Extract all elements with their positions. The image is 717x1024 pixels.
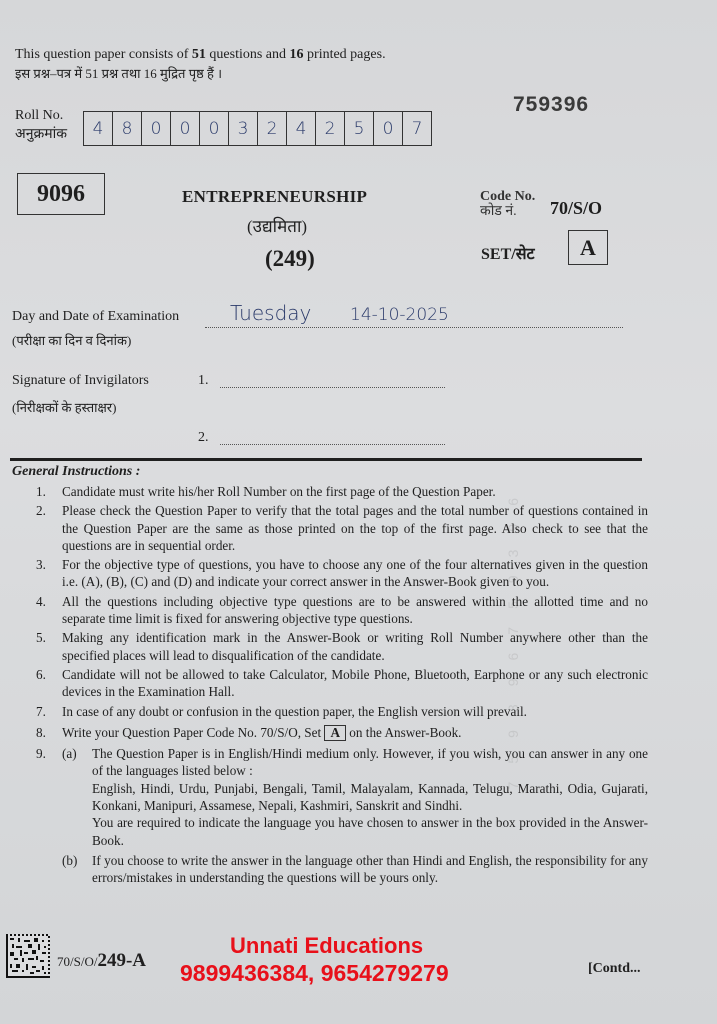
roll-digit[interactable]: 3	[229, 112, 258, 145]
roll-digit[interactable]: 8	[113, 112, 142, 145]
exam-date-label-hindi: (परीक्षा का दिन व दिनांक)	[12, 331, 131, 349]
watermark-phone-numbers: 9899436384, 9654279279	[180, 960, 449, 987]
questions-count: 51	[192, 47, 206, 62]
exam-day-value[interactable]: Tuesday	[230, 301, 311, 325]
instruction-item: 1.Candidate must write his/her Roll Numb…	[36, 483, 648, 500]
invigilator-slot-2-label: 2.	[198, 430, 209, 446]
exam-date-dotted-line	[205, 326, 623, 328]
instruction-item-8: 8. Write your Question Paper Code No. 70…	[36, 724, 648, 741]
roll-digit[interactable]: 5	[345, 112, 374, 145]
instruction-item: 3.For the objective type of questions, y…	[36, 556, 648, 591]
instruction-item: 4.All the questions including objective …	[36, 593, 648, 628]
paper-intro-hi: इस प्रश्न–पत्र में 51 प्रश्न तथा 16 मुद्…	[15, 64, 222, 82]
code-number-value: 70/S/O	[550, 198, 602, 219]
instruction-item: 6.Candidate will not be allowed to take …	[36, 666, 648, 701]
roll-digit[interactable]: 0	[142, 112, 171, 145]
paper-number-box: 9096	[17, 173, 105, 215]
instructions-list: 1.Candidate must write his/her Roll Numb…	[36, 483, 648, 889]
question-paper-page: 759396759396 This question paper consist…	[0, 0, 717, 1024]
roll-number-boxes: 4 8 0 0 0 3 2 4 2 5 0 7	[83, 111, 432, 146]
roll-digit[interactable]: 7	[403, 112, 431, 145]
instruction-item-9: 9. (a) The Question Paper is in English/…	[36, 745, 648, 886]
datamatrix-code-icon	[6, 934, 50, 978]
invigilator-signature-label-hindi: (निरीक्षकों के हस्ताक्षर)	[12, 398, 116, 416]
language-list: English, Hindi, Urdu, Punjabi, Bengali, …	[92, 780, 648, 815]
invigilator-signature-2-line[interactable]	[220, 443, 445, 445]
invigilator-slot-1-label: 1.	[198, 373, 209, 389]
roll-number-label: Roll No. अनुक्रमांक	[15, 106, 67, 144]
subject-title-hindi: (उद्यमिता)	[247, 214, 307, 237]
paper-intro-en: This question paper consists of 51 quest…	[15, 47, 386, 63]
paper-footer-code: 70/S/O/249-A	[57, 950, 146, 972]
set-inline-box: A	[324, 725, 346, 741]
roll-digit[interactable]: 2	[316, 112, 345, 145]
instruction-9a: (a) The Question Paper is in English/Hin…	[62, 745, 648, 849]
subject-title: ENTREPRENEURSHIP	[182, 187, 367, 207]
pages-count: 16	[290, 47, 304, 62]
roll-digit[interactable]: 0	[200, 112, 229, 145]
exam-date-label: Day and Date of Examination	[12, 309, 179, 325]
roll-digit[interactable]: 0	[374, 112, 403, 145]
section-divider	[10, 458, 642, 461]
roll-digit[interactable]: 2	[258, 112, 287, 145]
continued-label: [Contd...	[588, 961, 641, 977]
code-number-label: Code No. कोड नं.	[480, 189, 535, 219]
general-instructions-title: General Instructions :	[12, 464, 140, 480]
instruction-9b: (b) If you choose to write the answer in…	[62, 852, 648, 887]
roll-digit[interactable]: 4	[84, 112, 113, 145]
subject-code: (249)	[265, 246, 315, 272]
serial-number: 759396	[513, 93, 589, 117]
instruction-item: 7.In case of any doubt or confusion in t…	[36, 703, 648, 720]
invigilator-signature-label: Signature of Invigilators	[12, 373, 149, 389]
set-label: SET/सेट	[481, 242, 535, 264]
exam-date-value[interactable]: 14-10-2025	[350, 305, 449, 325]
instruction-item: 2.Please check the Question Paper to ver…	[36, 502, 648, 554]
invigilator-signature-1-line[interactable]	[220, 386, 445, 388]
roll-digit[interactable]: 0	[171, 112, 200, 145]
roll-digit[interactable]: 4	[287, 112, 316, 145]
instruction-item: 5.Making any identification mark in the …	[36, 629, 648, 664]
watermark-brand: Unnati Educations	[230, 933, 423, 959]
set-box: A	[568, 230, 608, 265]
